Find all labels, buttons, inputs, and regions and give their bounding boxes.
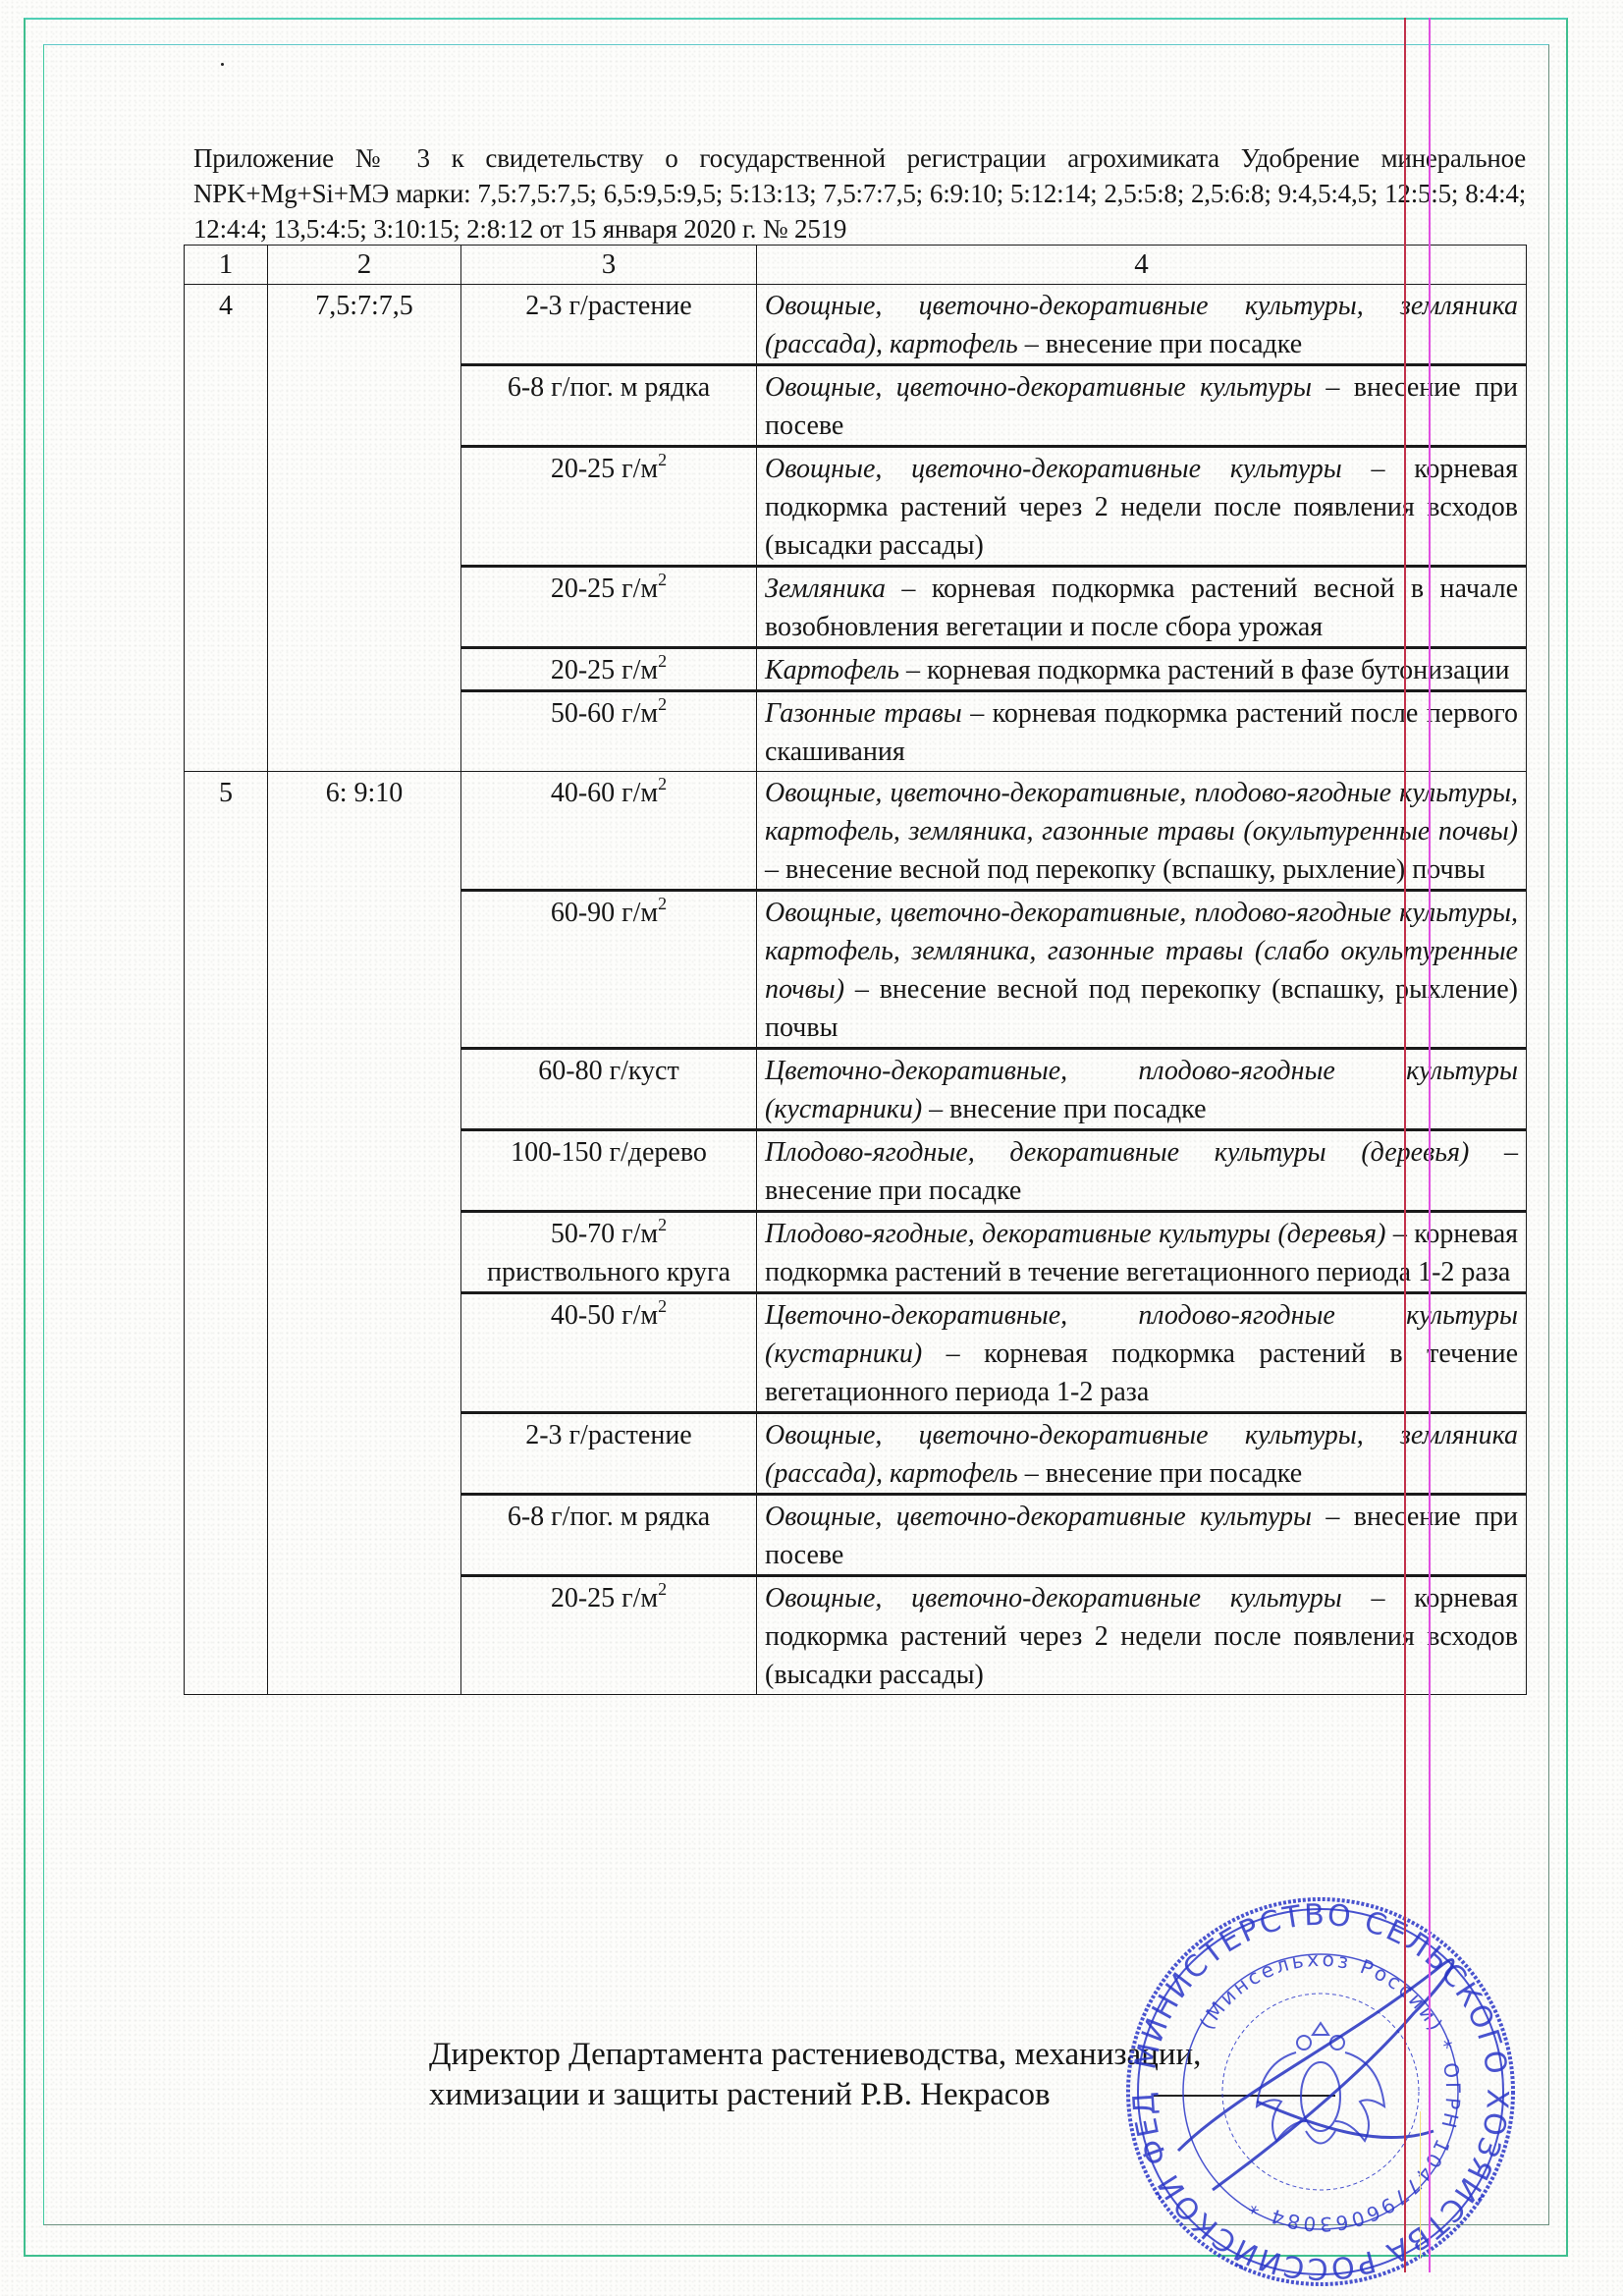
application-method: – внесение при посадке bbox=[922, 1094, 1206, 1124]
crop-names: Овощные, цветочно-декоративные культуры bbox=[765, 1502, 1312, 1532]
registration-table: 1 2 3 4 47,5:7:7,52-3 г/растениеОвощные,… bbox=[184, 245, 1527, 1695]
scan-margin-line-red bbox=[1404, 18, 1406, 2272]
group-number-cell: 5 bbox=[185, 772, 268, 1695]
usage-description-cell: Цветочно-декоративные, плодово-ягодные к… bbox=[757, 1293, 1527, 1413]
fertilizer-grade-cell: 6: 9:10 bbox=[268, 772, 461, 1695]
application-rate-cell: 20-25 г/м2 bbox=[461, 567, 757, 648]
rate-unit-superscript: 2 bbox=[658, 1215, 667, 1234]
rate-value: 50-60 г/м bbox=[551, 698, 658, 729]
rate-value: 20-25 г/м bbox=[551, 454, 658, 484]
crop-names: Земляника bbox=[765, 574, 886, 604]
usage-description-cell: Цветочно-декоративные, плодово-ягодные к… bbox=[757, 1049, 1527, 1130]
usage-description-cell: Овощные, цветочно-декоративные, плодово-… bbox=[757, 772, 1527, 891]
rate-value: 2-3 г/растение bbox=[525, 1420, 692, 1450]
application-rate-cell: 20-25 г/м2 bbox=[461, 447, 757, 567]
table-row: 47,5:7:7,52-3 г/растениеОвощные, цветочн… bbox=[185, 285, 1527, 365]
rate-value: 2-3 г/растение bbox=[525, 291, 692, 321]
table-row: 56: 9:1040-60 г/м2Овощные, цветочно-деко… bbox=[185, 772, 1527, 891]
column-header-1: 1 bbox=[185, 246, 268, 285]
column-header-2: 2 bbox=[268, 246, 461, 285]
application-rate-cell: 6-8 г/пог. м рядка bbox=[461, 1495, 757, 1576]
usage-description-cell: Земляника – корневая подкормка растений … bbox=[757, 567, 1527, 648]
group-number-cell: 4 bbox=[185, 285, 268, 772]
usage-description-cell: Овощные, цветочно-декоративные культуры … bbox=[757, 447, 1527, 567]
rate-value: 40-50 г/м bbox=[551, 1300, 658, 1331]
application-rate-cell: 40-60 г/м2 bbox=[461, 772, 757, 891]
usage-description-cell: Картофель – корневая подкормка растений … bbox=[757, 648, 1527, 691]
application-method: – внесение при посадке bbox=[1018, 329, 1302, 359]
appendix-header: Приложение № 3 к свидетельству о государ… bbox=[193, 140, 1526, 246]
application-rate-cell: 20-25 г/м2 bbox=[461, 1576, 757, 1695]
application-rate-cell: 2-3 г/растение bbox=[461, 1413, 757, 1495]
rate-value: 60-90 г/м bbox=[551, 898, 658, 928]
application-rate-cell: 50-60 г/м2 bbox=[461, 691, 757, 772]
rate-value: 20-25 г/м bbox=[551, 1583, 658, 1613]
application-rate-cell: 2-3 г/растение bbox=[461, 285, 757, 365]
rate-value: 20-25 г/м bbox=[551, 655, 658, 685]
scan-speck bbox=[221, 63, 224, 66]
rate-unit-superscript: 2 bbox=[658, 894, 667, 913]
crop-names: Овощные, цветочно-декоративные культуры bbox=[765, 372, 1312, 403]
application-rate-cell: 50-70 г/м2приствольного круга bbox=[461, 1212, 757, 1293]
usage-description-cell: Овощные, цветочно-декоративные культуры,… bbox=[757, 1413, 1527, 1495]
usage-description-cell: Овощные, цветочно-декоративные культуры … bbox=[757, 365, 1527, 447]
scan-margin-line-yellow bbox=[1420, 2111, 1421, 2259]
usage-description-cell: Плодово-ягодные, декоративные культуры (… bbox=[757, 1212, 1527, 1293]
application-method: – внесение весной под перекопку (вспашку… bbox=[765, 854, 1486, 885]
crop-names: Овощные, цветочно-декоративные культуры bbox=[765, 454, 1342, 484]
usage-description-cell: Овощные, цветочно-декоративные культуры,… bbox=[757, 285, 1527, 365]
usage-description-cell: Овощные, цветочно-декоративные культуры … bbox=[757, 1576, 1527, 1695]
rate-unit-superscript: 2 bbox=[658, 450, 667, 469]
signature-underline bbox=[1154, 2095, 1335, 2097]
rate-value: 50-70 г/м bbox=[551, 1219, 658, 1249]
crop-names: Плодово-ягодные, декоративные культуры (… bbox=[765, 1219, 1385, 1249]
application-rate-cell: 60-80 г/куст bbox=[461, 1049, 757, 1130]
rate-qualifier: приствольного круга bbox=[469, 1253, 748, 1291]
rate-value: 6-8 г/пог. м рядка bbox=[508, 1502, 710, 1532]
column-header-3: 3 bbox=[461, 246, 757, 285]
application-rate-cell: 20-25 г/м2 bbox=[461, 648, 757, 691]
usage-description-cell: Овощные, цветочно-декоративные культуры … bbox=[757, 1495, 1527, 1576]
application-method: – внесение при посадке bbox=[1018, 1458, 1302, 1489]
column-header-4: 4 bbox=[757, 246, 1527, 285]
rate-unit-superscript: 2 bbox=[658, 1579, 667, 1599]
table-body: 47,5:7:7,52-3 г/растениеОвощные, цветочн… bbox=[185, 285, 1527, 1695]
rate-unit-superscript: 2 bbox=[658, 694, 667, 714]
rate-value: 100-150 г/дерево bbox=[511, 1137, 707, 1168]
crop-names: Плодово-ягодные, декоративные культуры (… bbox=[765, 1137, 1469, 1168]
usage-description-cell: Газонные травы – корневая подкормка раст… bbox=[757, 691, 1527, 772]
scan-margin-line-magenta bbox=[1429, 18, 1431, 2272]
rate-value: 6-8 г/пог. м рядка bbox=[508, 372, 710, 403]
table-header-row: 1 2 3 4 bbox=[185, 246, 1527, 285]
rate-unit-superscript: 2 bbox=[658, 1296, 667, 1316]
crop-names: Овощные, цветочно-декоративные культуры bbox=[765, 1583, 1342, 1613]
rate-value: 40-60 г/м bbox=[551, 778, 658, 808]
rate-unit-superscript: 2 bbox=[658, 774, 667, 793]
rate-unit-superscript: 2 bbox=[658, 651, 667, 671]
application-rate-cell: 60-90 г/м2 bbox=[461, 891, 757, 1049]
application-rate-cell: 40-50 г/м2 bbox=[461, 1293, 757, 1413]
application-rate-cell: 100-150 г/дерево bbox=[461, 1130, 757, 1212]
rate-unit-superscript: 2 bbox=[658, 570, 667, 589]
signature-name-line: химизации и защиты растений Р.В. Некрасо… bbox=[429, 2075, 1201, 2115]
crop-names: Картофель bbox=[765, 655, 899, 685]
signature-title-line: Директор Департамента растениеводства, м… bbox=[429, 2035, 1201, 2075]
signature-block: Директор Департамента растениеводства, м… bbox=[429, 2035, 1201, 2115]
usage-description-cell: Овощные, цветочно-декоративные, плодово-… bbox=[757, 891, 1527, 1049]
application-rate-cell: 6-8 г/пог. м рядка bbox=[461, 365, 757, 447]
rate-value: 20-25 г/м bbox=[551, 574, 658, 604]
application-method: – корневая подкормка растений в фазе бут… bbox=[899, 655, 1509, 685]
usage-description-cell: Плодово-ягодные, декоративные культуры (… bbox=[757, 1130, 1527, 1212]
crop-names: Газонные травы bbox=[765, 698, 962, 729]
rate-value: 60-80 г/куст bbox=[538, 1056, 678, 1086]
fertilizer-grade-cell: 7,5:7:7,5 bbox=[268, 285, 461, 772]
